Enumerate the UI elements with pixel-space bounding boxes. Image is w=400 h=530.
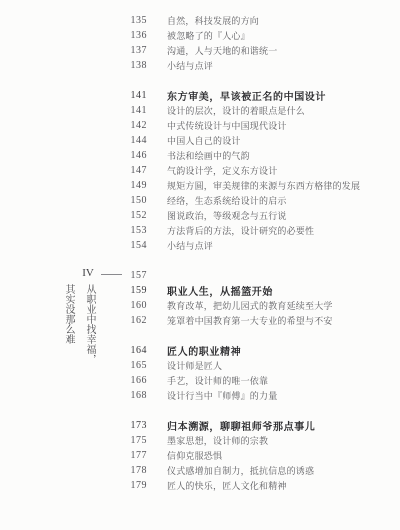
toc-page-number: 179 (0, 480, 147, 491)
toc-row: 160 教育改革，把幼儿园式的教育延续至大学 (0, 298, 400, 313)
toc-row: 141 设计的层次，设计的着眼点是什么 (0, 103, 400, 118)
toc-page-number: 177 (0, 450, 147, 461)
toc-entry-title: 中式传统设计与中国现代设计 (167, 119, 287, 132)
toc-entry-title: 规矩方圆，审美规律的来源与东西方格律的发展 (167, 179, 360, 192)
toc-entry-title: 笼罩着中国教育第一大专业的希望与不安 (167, 314, 333, 327)
toc-page-number: 153 (0, 225, 147, 236)
toc-page-number: 150 (0, 195, 147, 206)
toc-entry-title: 设计行当中『师傅』的力量 (167, 389, 277, 402)
toc-page-number: 152 (0, 210, 147, 221)
toc-entry-title: 职业人生，从摇篮开始 (167, 283, 273, 298)
toc-row: 154 小结与点评 (0, 238, 400, 253)
toc-row: 175 墨家思想，设计师的宗教 (0, 433, 400, 448)
toc-page-number: 157 (0, 270, 147, 281)
toc-entry-title: 中国人自己的设计 (167, 134, 241, 147)
toc-entry-title: 自然，科技发展的方向 (167, 14, 259, 27)
toc-page-number: 144 (0, 135, 147, 146)
toc-row: 179 匠人的快乐，匠人文化和精神 (0, 478, 400, 493)
toc-row: 146 书法和绘画中的气韵 (0, 148, 400, 163)
toc-page-number: 137 (0, 45, 147, 56)
toc-group: 135 自然，科技发展的方向 136 被忽略了的『人心』 137 沟通，人与天地… (0, 13, 400, 73)
toc-page-number: 162 (0, 315, 147, 326)
toc-page-number: 142 (0, 120, 147, 131)
toc-page-number: 149 (0, 180, 147, 191)
toc-row: 138 小结与点评 (0, 58, 400, 73)
toc-row: 141 东方审美，早该被正名的中国设计 (0, 88, 400, 103)
toc-entry-title: 仪式感增加自制力，抵抗信息的诱惑 (167, 464, 314, 477)
toc-entry-title: 墨家思想，设计师的宗教 (167, 434, 268, 447)
toc-row: 166 手艺，设计师的唯一依靠 (0, 373, 400, 388)
toc-entry-title: 图说政治，等级观念与五行说 (167, 209, 287, 222)
toc-row: 165 设计师是匠人 (0, 358, 400, 373)
toc-row: 136 被忽略了的『人心』 (0, 28, 400, 43)
book-toc-page: IV 从职业中找幸福， 其实没那么难 135 自然，科技发展的方向 136 被忽… (0, 0, 400, 530)
toc-page-number: 166 (0, 375, 147, 386)
toc-page-number: 154 (0, 240, 147, 251)
toc-page-number: 168 (0, 390, 147, 401)
toc-row: 144 中国人自己的设计 (0, 133, 400, 148)
toc-row: 137 沟通，人与天地的和谐统一 (0, 43, 400, 58)
toc-row: 173 归本溯源，聊聊祖师爷那点事儿 (0, 418, 400, 433)
toc-entry-title: 经络，生态系统给设计的启示 (167, 194, 287, 207)
toc-row: 162 笼罩着中国教育第一大专业的希望与不安 (0, 313, 400, 328)
toc-row: 150 经络，生态系统给设计的启示 (0, 193, 400, 208)
toc-group: 164 匠人的职业精神 165 设计师是匠人 166 手艺，设计师的唯一依靠 1… (0, 343, 400, 403)
toc-page-number: 175 (0, 435, 147, 446)
toc-page-number: 160 (0, 300, 147, 311)
toc-row: 164 匠人的职业精神 (0, 343, 400, 358)
toc-entry-title: 设计的层次，设计的着眼点是什么 (167, 104, 305, 117)
toc-entry-title: 设计师是匠人 (167, 359, 222, 372)
toc-entry-title: 被忽略了的『人心』 (167, 29, 250, 42)
toc-page-number: 178 (0, 465, 147, 476)
toc-page-number: 135 (0, 15, 147, 26)
toc-entry-title: 书法和绘画中的气韵 (167, 149, 250, 162)
toc-page-number: 173 (0, 420, 147, 431)
toc-row: 152 图说政治，等级观念与五行说 (0, 208, 400, 223)
toc-row: 147 气韵设计学，定义东方设计 (0, 163, 400, 178)
toc-entry-title: 小结与点评 (167, 239, 213, 252)
toc-page-number: 165 (0, 360, 147, 371)
toc-page-number: 141 (0, 90, 147, 101)
toc-entry-title: 小结与点评 (167, 59, 213, 72)
toc-group: 141 东方审美，早该被正名的中国设计 141 设计的层次，设计的着眼点是什么 … (0, 88, 400, 253)
toc-entry-title: 匠人的职业精神 (167, 343, 241, 358)
toc-row: 177 信仰克服恐惧 (0, 448, 400, 463)
toc-page-number: 147 (0, 165, 147, 176)
toc-entry-title: 匠人的快乐，匠人文化和精神 (167, 479, 287, 492)
toc-row: 178 仪式感增加自制力，抵抗信息的诱惑 (0, 463, 400, 478)
toc-row: 157 (0, 268, 400, 283)
toc-row: 135 自然，科技发展的方向 (0, 13, 400, 28)
toc-page-number: 138 (0, 60, 147, 71)
toc-page-number: 141 (0, 105, 147, 116)
toc-row: 153 方法背后的方法，设计研究的必要性 (0, 223, 400, 238)
toc-entry-title: 东方审美，早该被正名的中国设计 (167, 88, 326, 103)
toc-page-number: 136 (0, 30, 147, 41)
toc-page-number: 164 (0, 345, 147, 356)
toc-list: 135 自然，科技发展的方向 136 被忽略了的『人心』 137 沟通，人与天地… (0, 13, 400, 493)
toc-entry-title: 气韵设计学，定义东方设计 (167, 164, 277, 177)
toc-page-number: 146 (0, 150, 147, 161)
toc-page-number: 159 (0, 285, 147, 296)
toc-row: 159 职业人生，从摇篮开始 (0, 283, 400, 298)
toc-row: 149 规矩方圆，审美规律的来源与东西方格律的发展 (0, 178, 400, 193)
toc-row: 168 设计行当中『师傅』的力量 (0, 388, 400, 403)
toc-entry-title: 沟通，人与天地的和谐统一 (167, 44, 277, 57)
toc-row: 142 中式传统设计与中国现代设计 (0, 118, 400, 133)
toc-entry-title: 信仰克服恐惧 (167, 449, 222, 462)
toc-entry-title: 归本溯源，聊聊祖师爷那点事儿 (167, 418, 315, 433)
toc-entry-title: 教育改革，把幼儿园式的教育延续至大学 (167, 299, 333, 312)
toc-entry-title: 方法背后的方法，设计研究的必要性 (167, 224, 314, 237)
toc-entry-title: 手艺，设计师的唯一依靠 (167, 374, 268, 387)
toc-group: 173 归本溯源，聊聊祖师爷那点事儿 175 墨家思想，设计师的宗教 177 信… (0, 418, 400, 493)
toc-group: 157 159 职业人生，从摇篮开始 160 教育改革，把幼儿园式的教育延续至大… (0, 268, 400, 328)
